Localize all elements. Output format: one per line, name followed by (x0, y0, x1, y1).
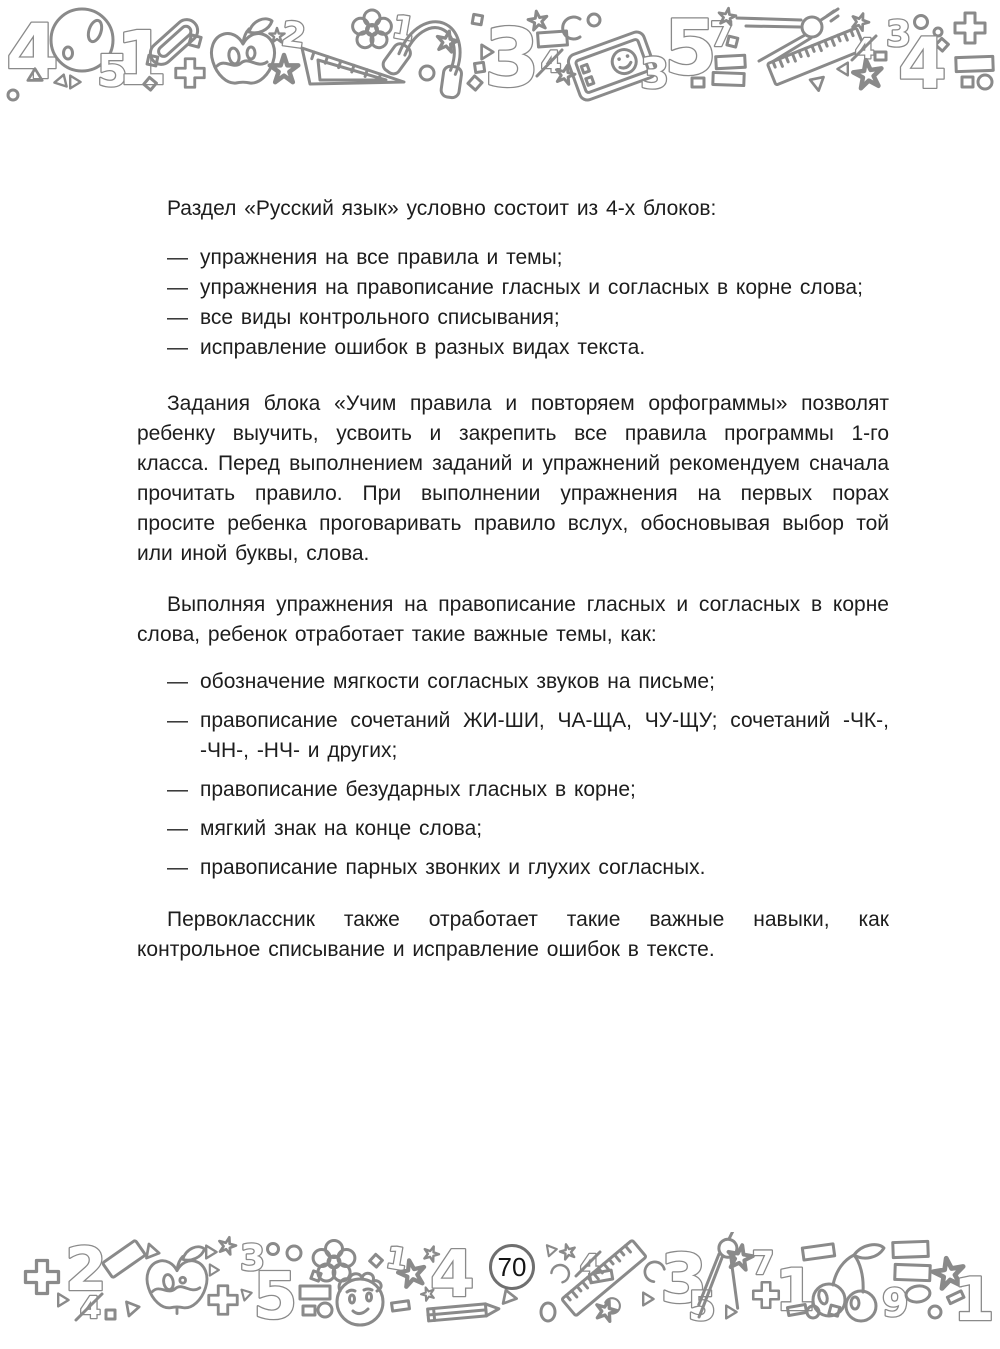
list-item: —все виды контрольного списывания; (137, 303, 889, 333)
doodle-ring-icon (588, 14, 600, 26)
list-dash: — (167, 814, 188, 844)
doodle-triangle-icon (146, 1244, 160, 1260)
list-dash: — (167, 273, 188, 303)
paragraph-rules-block: Задания блока «Учим правила и повторяем … (137, 389, 889, 569)
doodle-plus-icon (209, 1286, 238, 1315)
list-item-text: правописание безударных гласных в корне; (200, 778, 636, 801)
list-dash: — (167, 706, 188, 736)
doodle-moon-icon (550, 1261, 572, 1283)
list-item: —правописание сочетаний ЖИ-ШИ, ЧА-ЩА, ЧУ… (137, 706, 889, 766)
doodle-ring-icon (978, 75, 992, 89)
doodle-plus-icon (176, 59, 205, 88)
page-number-text: 70 (498, 1252, 527, 1283)
doodle-ruler-icon (562, 1240, 647, 1316)
list-item: —упражнения на все правила и темы; (137, 243, 889, 273)
svg-text:5: 5 (664, 3, 717, 92)
top-doodle-border: 4 5 1 2 (0, 0, 1000, 105)
doodle-minus-icon (956, 56, 993, 71)
svg-text:9: 9 (882, 1281, 908, 1325)
doodle-triangle-icon (126, 1300, 140, 1316)
list-item: —мягкий знак на конце слова; (137, 814, 889, 844)
doodle-star-icon (559, 1242, 577, 1260)
svg-text:4: 4 (430, 1238, 475, 1312)
svg-text:4: 4 (6, 7, 59, 96)
doodle-square-icon (106, 1310, 115, 1319)
doodle-number-icon: 4 (898, 23, 947, 105)
svg-text:5: 5 (253, 1260, 298, 1334)
svg-text:3: 3 (484, 12, 540, 105)
doodle-plus-icon (26, 1261, 59, 1294)
doodle-ring-icon (929, 1306, 941, 1318)
doodle-triangle-icon (643, 1293, 653, 1306)
paragraph-spelling-intro: Выполняя упражнения на правописание глас… (137, 590, 889, 650)
page-content: Раздел «Русский язык» условно состоит из… (137, 194, 889, 965)
doodle-number-icon: 4 (430, 1238, 475, 1312)
doodle-moon-icon (563, 17, 580, 39)
doodle-square-icon (303, 1306, 315, 1315)
doodle-number-icon: 7 (752, 1244, 774, 1282)
doodle-number-icon: 5 (253, 1260, 298, 1334)
doodle-number-icon: 4 (6, 7, 59, 96)
doodle-number-icon: 4 (76, 1291, 102, 1326)
doodle-number-icon: 1 (116, 16, 168, 102)
list-item-text: упражнения на правописание гласных и сог… (200, 276, 863, 299)
list-item-text: правописание сочетаний ЖИ-ШИ, ЧА-ЩА, ЧУ-… (200, 709, 889, 762)
doodle-minus-icon (392, 1301, 410, 1311)
svg-text:1: 1 (116, 16, 168, 102)
doodle-square-icon (468, 76, 482, 90)
doodle-square-icon (829, 1305, 840, 1316)
doodle-apple-icon (211, 19, 274, 83)
list-dash: — (167, 775, 188, 805)
page-number-badge: 70 (489, 1244, 535, 1290)
doodle-equals-icon (893, 1241, 930, 1280)
doodle-square-icon (370, 1254, 383, 1267)
svg-text:7: 7 (752, 1244, 774, 1282)
svg-text:4: 4 (898, 23, 947, 105)
doodle-ring-icon (541, 1303, 555, 1321)
doodle-ring-icon (268, 1244, 279, 1255)
doodle-number-icon: 3 (484, 12, 540, 105)
paragraph-intro: Раздел «Русский язык» условно состоит из… (137, 194, 889, 224)
list-item: —правописание безударных гласных в корне… (137, 775, 889, 805)
doodle-flower-icon (353, 10, 392, 48)
doodle-ring-icon (905, 1284, 931, 1303)
doodle-minus-icon (300, 1286, 330, 1299)
svg-text:1: 1 (953, 1265, 995, 1335)
list-item-text: исправление ошибок в разных видах текста… (200, 336, 645, 359)
doodle-number-icon: 5 (664, 3, 717, 92)
doodle-plus-icon (955, 13, 985, 43)
doodle-star-icon (217, 1235, 238, 1255)
list-dash: — (167, 853, 188, 883)
doodle-slanted-bar-icon (102, 1240, 145, 1278)
list-item-text: все виды контрольного списывания; (200, 306, 560, 329)
doodle-triangle-icon (241, 1287, 253, 1300)
doodle-ring-icon (287, 1246, 301, 1260)
list-dash: — (167, 333, 188, 363)
doodle-flower-icon (313, 1241, 355, 1282)
list-item: —упражнения на правописание гласных и со… (137, 273, 889, 303)
doodle-triangle-icon (206, 1246, 216, 1259)
doodle-ring-icon (318, 1303, 332, 1317)
list-dash: — (167, 303, 188, 333)
book-page: 4 5 1 2 (0, 0, 1000, 1349)
topics-list: —обозначение мягкости согласных звуков н… (137, 667, 889, 883)
doodle-triangle-icon (837, 63, 847, 76)
doodle-square-icon (962, 77, 973, 87)
doodle-triangle-icon (70, 76, 80, 89)
doodle-triangle-icon (726, 1306, 736, 1319)
doodle-ring-icon (420, 66, 434, 80)
list-item-text: правописание парных звонких и глухих сог… (200, 856, 705, 879)
doodle-number-icon: 9 (882, 1281, 908, 1325)
doodle-equals-icon (713, 55, 745, 85)
list-dash: — (167, 667, 188, 697)
blocks-list: —упражнения на все правила и темы; —упра… (137, 243, 889, 363)
list-item-text: мягкий знак на конце слова; (200, 817, 482, 840)
doodle-triangle-icon (499, 1288, 517, 1304)
doodle-square-icon (189, 35, 201, 47)
doodle-square-icon (875, 52, 886, 60)
paragraph-conclusion: Первоклассник также отработает такие важ… (137, 905, 889, 965)
doodle-triangle-icon (547, 1244, 558, 1257)
doodle-number-icon: 1 (953, 1265, 995, 1335)
doodle-apple-icon (147, 1247, 207, 1314)
doodle-triangle-icon (210, 1264, 219, 1275)
list-item: —правописание парных звонких и глухих со… (137, 853, 889, 883)
list-item-text: обозначение мягкости согласных звуков на… (200, 670, 715, 693)
doodle-square-icon (472, 14, 482, 24)
doodle-triangle-icon (808, 73, 824, 91)
list-item-text: упражнения на все правила и темы; (200, 246, 563, 269)
list-dash: — (167, 243, 188, 273)
list-item: —исправление ошибок в разных видах текст… (137, 333, 889, 363)
list-item: —обозначение мягкости согласных звуков н… (137, 667, 889, 697)
